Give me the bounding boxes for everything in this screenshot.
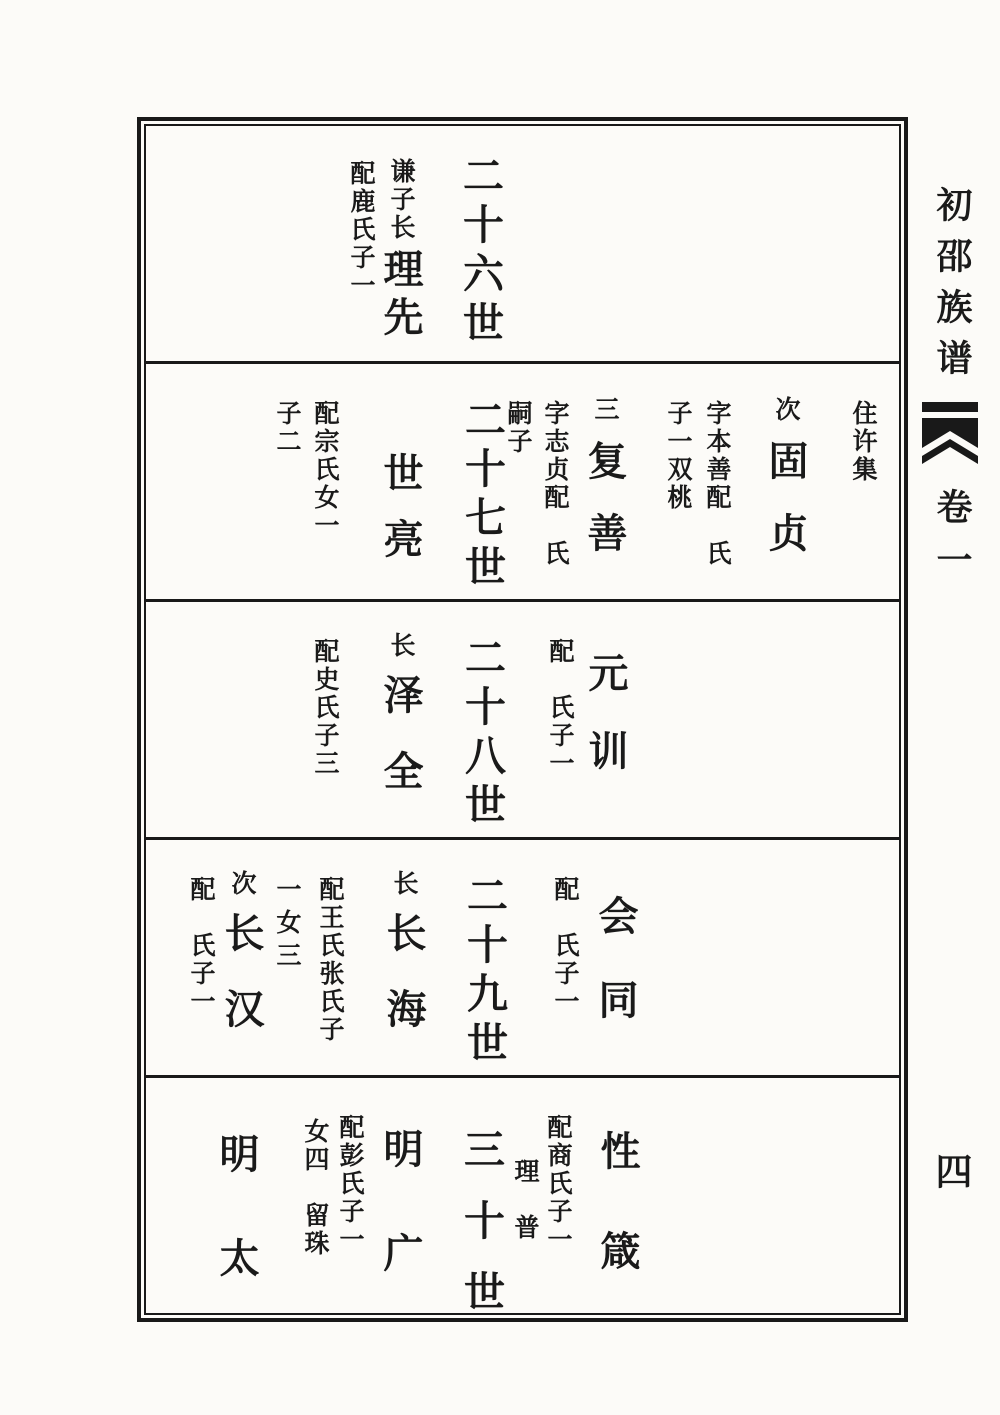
person-name: 泽全 [378,674,423,826]
spouse-note: 配商氏子一 [545,1114,570,1254]
book-title: 初邵族谱 [934,186,970,390]
person-name: 元训 [585,652,625,808]
generation-header: 二十八世 [461,636,502,832]
person-name: 长海 [381,912,426,1064]
generation-header: 三十世 [460,1128,501,1341]
person-entry: 三复善 [584,396,624,584]
genealogy-page: 二十六世 谦子长理先 配鹿氏子一 住许集 次固贞 字本善配 氏 子一双桃 三复善… [0,0,1000,1415]
person-entry: 长长海 [383,870,423,1064]
bookmark-ribbon-icon [920,402,980,464]
page-number: 四 [931,1152,968,1189]
section-generation-30: 性箴 配商氏子一 理 普 三十世 明广 配彭氏子一 女四 留珠 明太 [146,1075,899,1313]
content-frame: 二十六世 谦子长理先 配鹿氏子一 住许集 次固贞 字本善配 氏 子一双桃 三复善… [137,117,908,1322]
generation-header: 二十九世 [463,874,504,1070]
residence-note: 住许集 [850,400,875,484]
spouse-note: 配彭氏子一 [337,1114,362,1254]
courtesy-spouse-note: 字本善配 氏 [704,400,729,568]
children-note: 一女三 [274,876,299,975]
person-prefix: 三 [591,396,618,424]
person-name: 长汉 [219,912,264,1064]
person-prefix: 谦子长 [387,158,414,242]
courtesy-spouse-note: 字志贞配 氏 [542,400,567,568]
person-name: 世亮 [380,452,420,584]
spouse-note: 配史氏子三 [312,638,337,778]
person-entry: 次固贞 [765,396,805,584]
spouse-note: 配 氏子一 [552,876,577,1016]
person-name: 会同 [595,895,635,1063]
spouse-note: 配 氏子一 [547,638,572,778]
person-prefix: 长 [390,870,417,898]
generation-header: 二十七世 [461,398,502,594]
person-name: 复善 [582,440,627,584]
section-generation-27: 住许集 次固贞 字本善配 氏 子一双桃 三复善 字志贞配 氏 嗣子 二十七世 世… [146,361,899,599]
section-generation-29: 会同 配 氏子一 二十九世 长长海 配王氏张氏子 一女三 次长汉 配 氏子一 [146,837,899,1075]
generation-header: 二十六世 [459,154,500,350]
children-note: 子一双桃 [665,400,690,512]
person-prefix: 次 [772,396,799,424]
person-entry: 次长汉 [221,870,261,1064]
content-frame-inner: 二十六世 谦子长理先 配鹿氏子一 住许集 次固贞 字本善配 氏 子一双桃 三复善… [144,124,901,1315]
person-prefix: 次 [228,870,255,898]
person-prefix: 长 [387,632,414,660]
person-name: 理先 [378,248,423,344]
section-generation-26: 二十六世 谦子长理先 配鹿氏子一 [146,126,899,361]
children-note: 子二 [274,400,299,456]
person-entry: 长泽全 [380,632,420,826]
person-entry: 谦子长理先 [380,158,420,344]
spouse-note: 配宗氏女一 [312,400,337,540]
heir-note: 嗣子 [505,400,530,456]
spouse-note: 配鹿氏子一 [348,160,373,300]
section-generation-28: 元训 配 氏子一 二十八世 长泽全 配史氏子三 [146,599,899,837]
person-name: 固贞 [763,440,808,584]
person-name: 明太 [216,1133,256,1341]
spouse-note: 配王氏张氏子 [317,876,342,1044]
children-name-note: 女四 留珠 [302,1118,327,1258]
children-name-note: 理 普 [512,1158,537,1242]
person-name: 性箴 [597,1130,637,1330]
spouse-note: 配 氏子一 [188,876,213,1016]
person-name: 明广 [380,1128,420,1336]
volume-label: 卷一 [934,488,970,594]
